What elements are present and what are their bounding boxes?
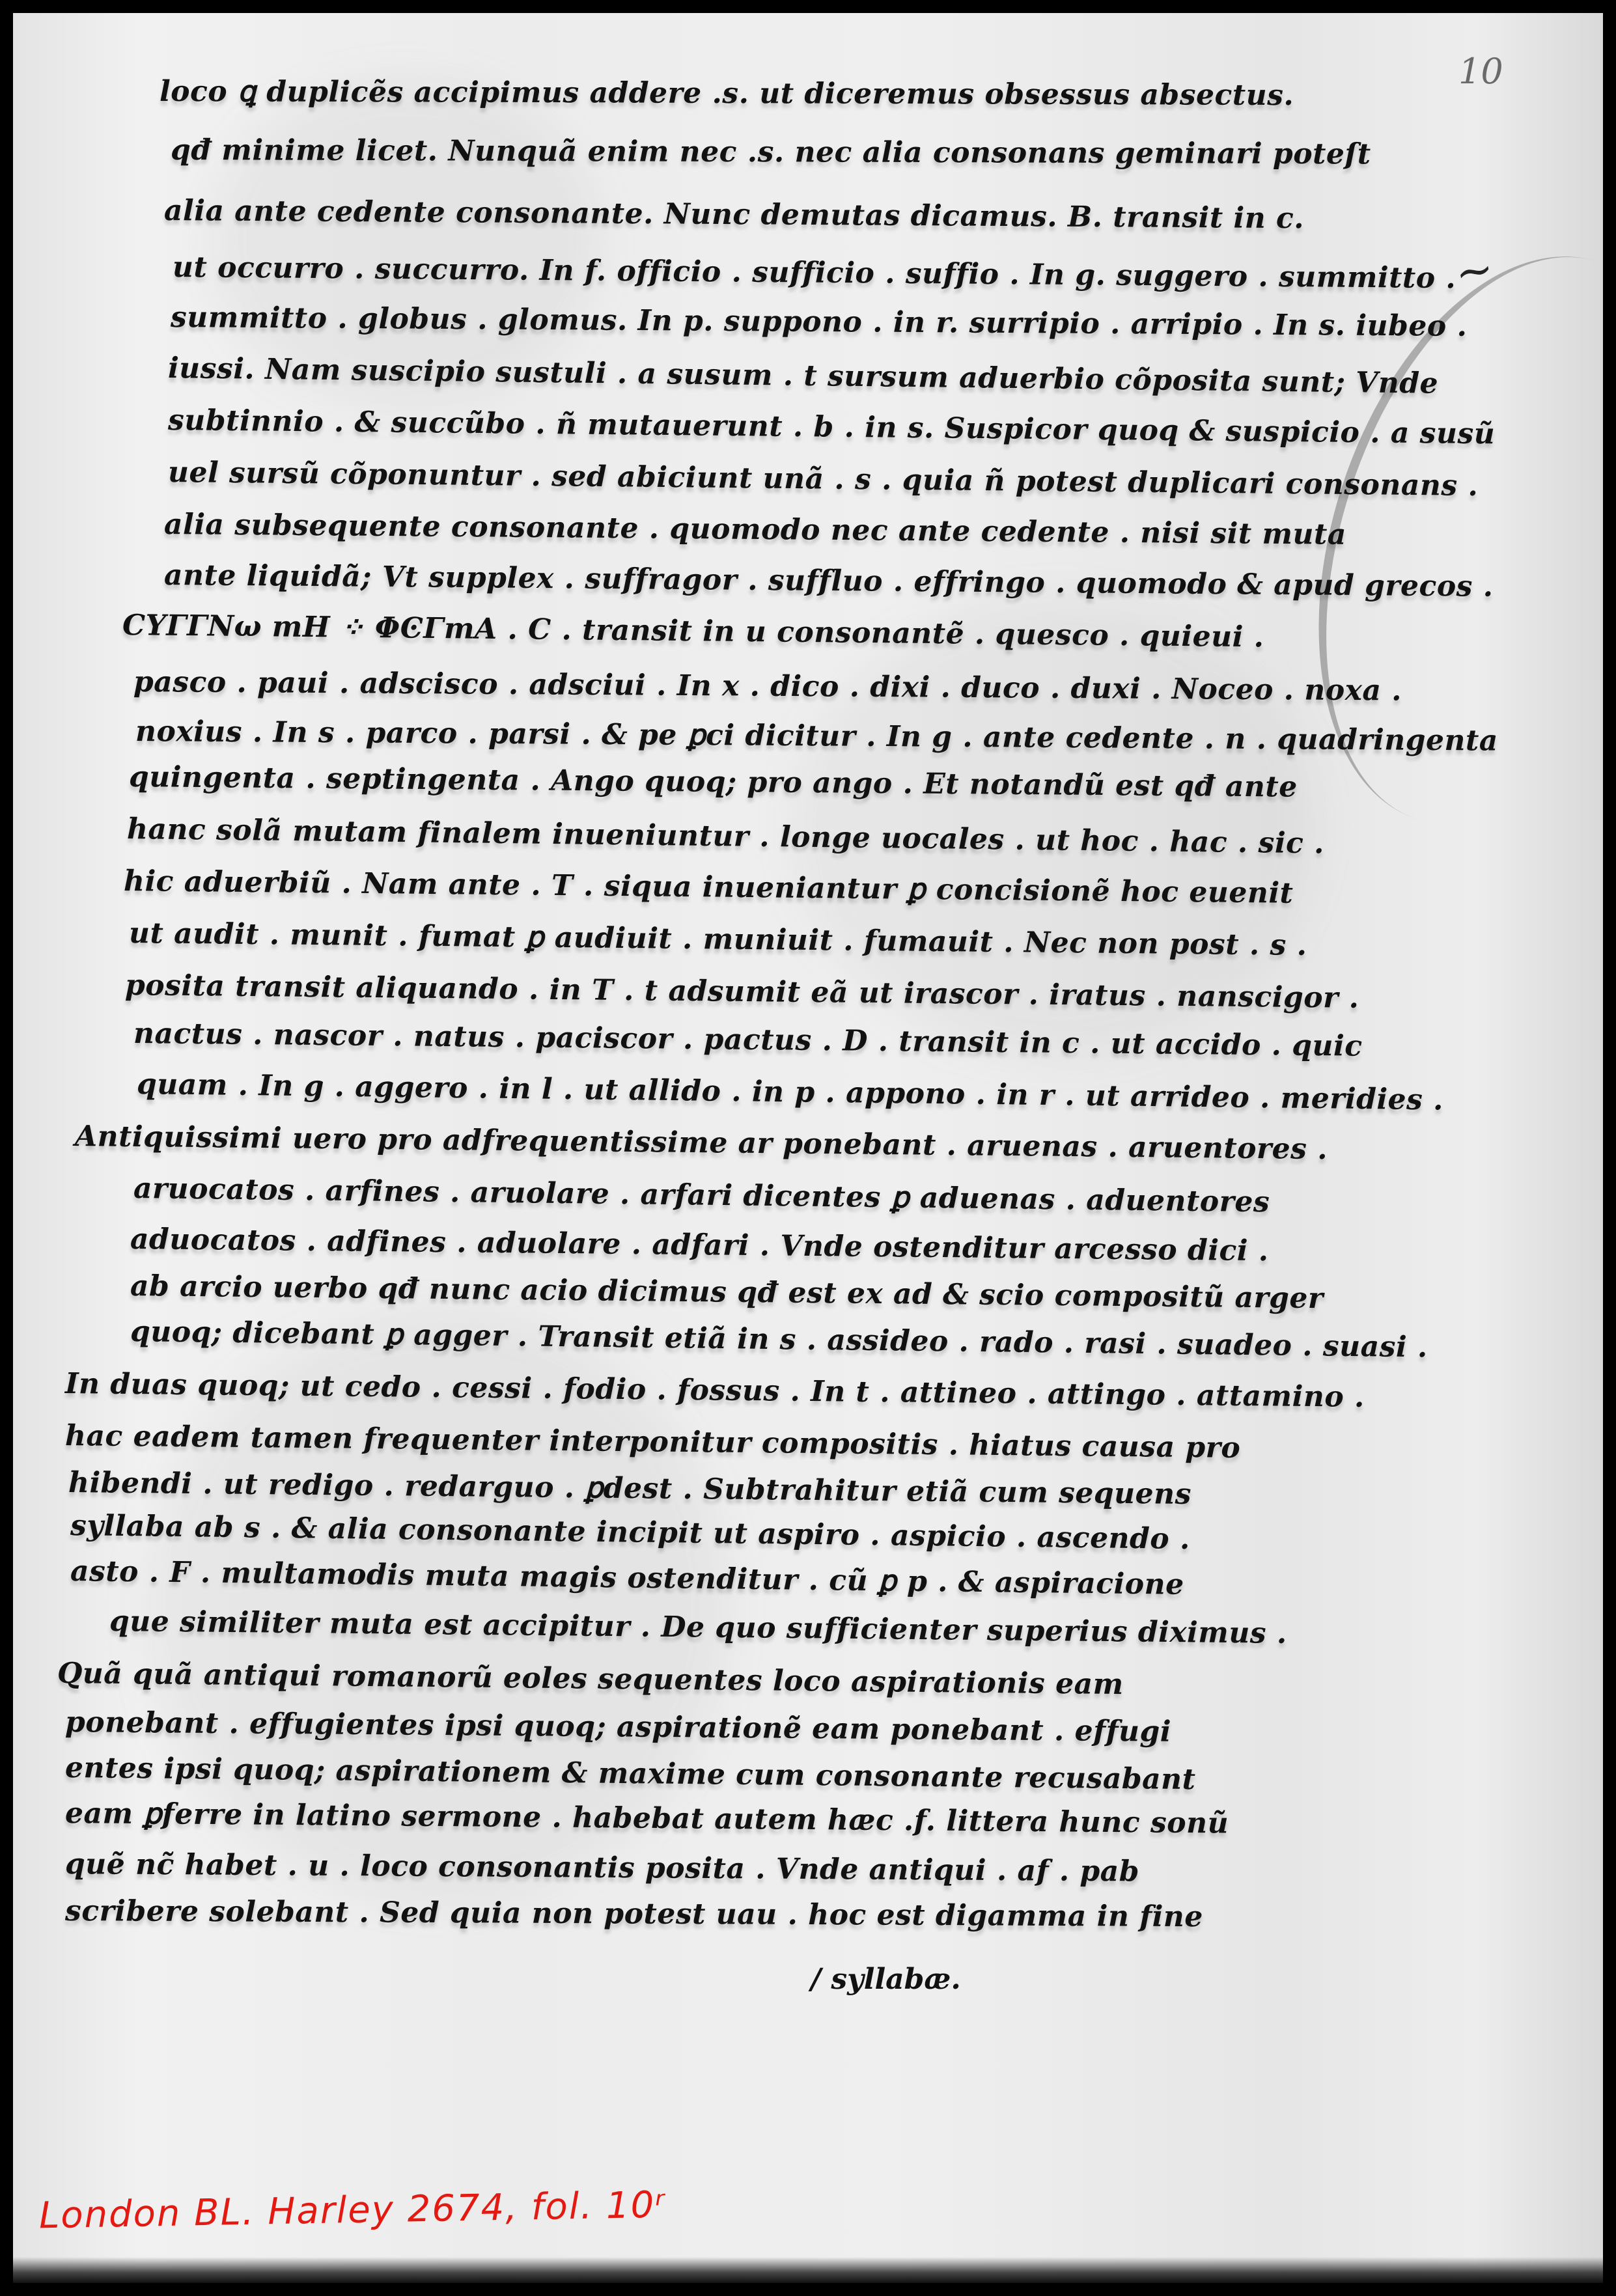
text-line: uel sursũ cõponuntur . sed abiciunt unã … xyxy=(168,456,1479,503)
end-mark: / syllabæ. xyxy=(811,1963,961,1996)
text-line: loco ꝗ duplicẽs accipimus addere .s. ut … xyxy=(160,75,1294,112)
text-line: eam ꝑferre in latino sermone . habebat a… xyxy=(65,1797,1229,1840)
text-line: scribere solebant . Sed quia non potest … xyxy=(65,1894,1203,1933)
page-bottom-edge xyxy=(13,2257,1603,2283)
text-line: quam . In g . aggero . in l . ut allido … xyxy=(137,1068,1444,1117)
text-line: ab arcio uerbo qđ nunc acio dicimus qđ e… xyxy=(130,1269,1324,1315)
margin-mark: ~ xyxy=(1451,242,1498,301)
text-line: quẽ nc̃ habet . u . loco consonantis pos… xyxy=(65,1847,1139,1888)
text-line: aruocatos . arfines . aruolare . arfari … xyxy=(133,1172,1270,1219)
text-line: noxius . In s . parco . parsi . & pe ꝑci… xyxy=(135,715,1498,758)
shelfmark-annotation: London BL. Harley 2674, fol. 10ʳ xyxy=(39,2184,667,2237)
text-line: aduocatos . adfines . aduolare . adfari … xyxy=(130,1223,1269,1267)
text-line: Antiquissimi uero pro adfrequentissime a… xyxy=(75,1120,1328,1166)
text-line: ante liquidã; Vt supplex . suffragor . s… xyxy=(164,559,1494,603)
text-line: subtinnio . & succũbo . ñ mutauerunt . b… xyxy=(168,404,1496,450)
text-line: qđ minime licet. Nunquã enim nec .s. nec… xyxy=(171,133,1371,171)
text-line: alia subsequente consonante . quomodo ne… xyxy=(164,508,1346,551)
folio-number: 10 xyxy=(1458,51,1503,92)
manuscript-page: 10 ~ loco ꝗ duplicẽs accipimus addere .s… xyxy=(13,13,1603,2283)
